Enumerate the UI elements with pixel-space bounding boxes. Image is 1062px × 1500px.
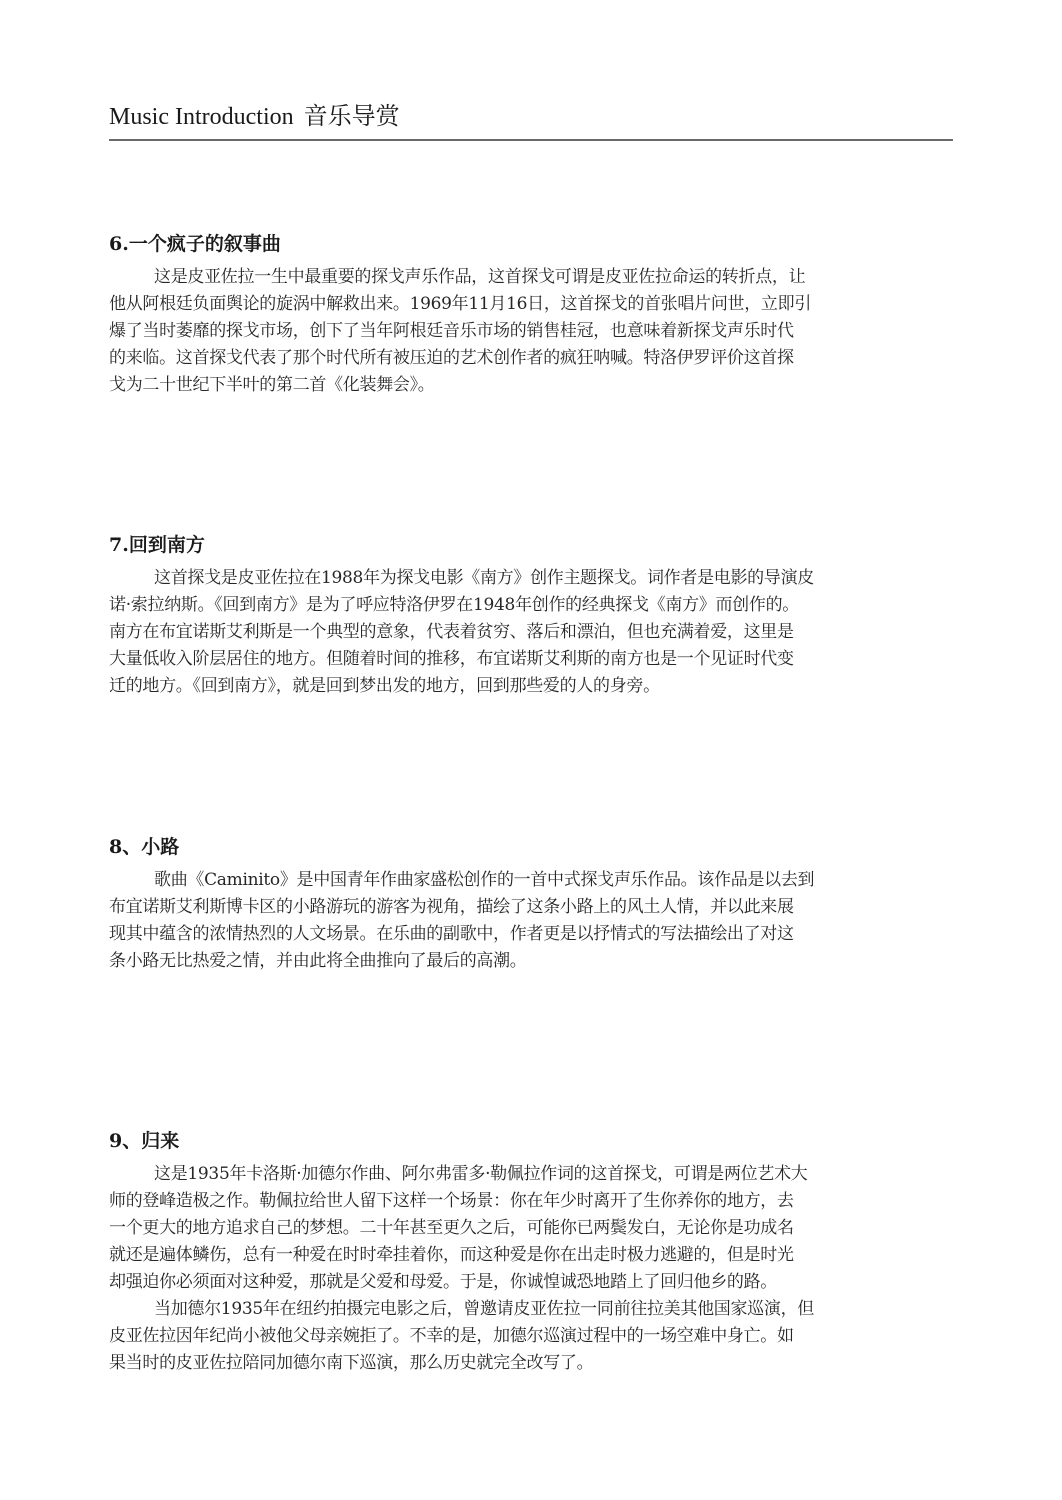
paragraph-line: 皮亚佐拉因年纪尚小被他父母亲婉拒了。不幸的是，加德尔巡演过程中的一场空难中身亡。… (109, 1323, 955, 1350)
paragraph-line: 这是1935年卡洛斯·加德尔作曲、阿尔弗雷多·勒佩拉作词的这首探戈，可谓是两位艺… (109, 1161, 955, 1188)
paragraph-line: 的来临。这首探戈代表了那个时代所有被压迫的艺术创作者的疯狂呐喊。特洛伊罗评价这首… (109, 345, 955, 372)
paragraph-line: 他从阿根廷负面舆论的旋涡中解救出来。1969年11月16日，这首探戈的首张唱片问… (109, 291, 955, 318)
paragraph-line: 一个更大的地方追求自己的梦想。二十年甚至更久之后，可能你已两鬓发白，无论你是功成… (109, 1215, 955, 1242)
running-header: Music Introduction音乐导赏 (109, 100, 953, 134)
paragraph-line: 果当时的皮亚佐拉陪同加德尔南下巡演，那么历史就完全改写了。 (109, 1350, 955, 1377)
paragraph: 这是1935年卡洛斯·加德尔作曲、阿尔弗雷多·勒佩拉作词的这首探戈，可谓是两位艺… (109, 1161, 955, 1296)
section-title: 8、小路 (109, 833, 955, 861)
paragraph-line: 这是皮亚佐拉一生中最重要的探戈声乐作品，这首探戈可谓是皮亚佐拉命运的转折点，让 (109, 264, 955, 291)
paragraph-line: 这首探戈是皮亚佐拉在1988年为探戈电影《南方》创作主题探戈。词作者是电影的导演… (109, 565, 955, 592)
paragraph-line: 师的登峰造极之作。勒佩拉给世人留下这样一个场景：你在年少时离开了生你养你的地方，… (109, 1188, 955, 1215)
paragraph-line: 歌曲《Caminito》是中国青年作曲家盛松创作的一首中式探戈声乐作品。该作品是… (109, 867, 955, 894)
section-title: 6.一个疯子的叙事曲 (109, 230, 955, 258)
paragraph-line: 爆了当时萎靡的探戈市场，创下了当年阿根廷音乐市场的销售桂冠，也意味着新探戈声乐时… (109, 318, 955, 345)
paragraph-line: 却强迫你必须面对这种爱，那就是父爱和母爱。于是，你诚惶诚恐地踏上了回归他乡的路。 (109, 1269, 955, 1296)
section-7: 7.回到南方 这首探戈是皮亚佐拉在1988年为探戈电影《南方》创作主题探戈。词作… (109, 531, 955, 700)
paragraph: 这是皮亚佐拉一生中最重要的探戈声乐作品，这首探戈可谓是皮亚佐拉命运的转折点，让 … (109, 264, 955, 399)
paragraph: 这首探戈是皮亚佐拉在1988年为探戈电影《南方》创作主题探戈。词作者是电影的导演… (109, 565, 955, 700)
paragraph: 当加德尔1935年在纽约拍摄完电影之后，曾邀请皮亚佐拉一同前往拉美其他国家巡演，… (109, 1296, 955, 1377)
paragraph-line: 条小路无比热爱之情，并由此将全曲推向了最后的高潮。 (109, 948, 955, 975)
paragraph-line: 现其中蕴含的浓情热烈的人文场景。在乐曲的副歌中，作者更是以抒情式的写法描绘出了对… (109, 921, 955, 948)
section-8: 8、小路 歌曲《Caminito》是中国青年作曲家盛松创作的一首中式探戈声乐作品… (109, 833, 955, 975)
header-divider (109, 139, 953, 141)
paragraph-line: 当加德尔1935年在纽约拍摄完电影之后，曾邀请皮亚佐拉一同前往拉美其他国家巡演，… (109, 1296, 955, 1323)
section-9: 9、归来 这是1935年卡洛斯·加德尔作曲、阿尔弗雷多·勒佩拉作词的这首探戈，可… (109, 1127, 955, 1377)
header-title-en: Music Introduction (109, 104, 294, 130)
paragraph-line: 南方在布宜诺斯艾利斯是一个典型的意象，代表着贫穷、落后和漂泊，但也充满着爱，这里… (109, 619, 955, 646)
section-6: 6.一个疯子的叙事曲 这是皮亚佐拉一生中最重要的探戈声乐作品，这首探戈可谓是皮亚… (109, 230, 955, 399)
paragraph-line: 迁的地方。《回到南方》，就是回到梦出发的地方，回到那些爱的人的身旁。 (109, 673, 955, 700)
paragraph-line: 布宜诺斯艾利斯博卡区的小路游玩的游客为视角，描绘了这条小路上的风土人情，并以此来… (109, 894, 955, 921)
paragraph-line: 大量低收入阶层居住的地方。但随着时间的推移，布宜诺斯艾利斯的南方也是一个见证时代… (109, 646, 955, 673)
paragraph: 歌曲《Caminito》是中国青年作曲家盛松创作的一首中式探戈声乐作品。该作品是… (109, 867, 955, 975)
paragraph-line: 就还是遍体鳞伤，总有一种爱在时时牵挂着你，而这种爱是你在出走时极力逃避的，但是时… (109, 1242, 955, 1269)
paragraph-line: 戈为二十世纪下半叶的第二首《化装舞会》。 (109, 372, 955, 399)
section-title: 7.回到南方 (109, 531, 955, 559)
section-title: 9、归来 (109, 1127, 955, 1155)
header-title-cn: 音乐导赏 (304, 104, 400, 130)
paragraph-line: 诺·索拉纳斯。《回到南方》是为了呼应特洛伊罗在1948年创作的经典探戈《南方》而… (109, 592, 955, 619)
